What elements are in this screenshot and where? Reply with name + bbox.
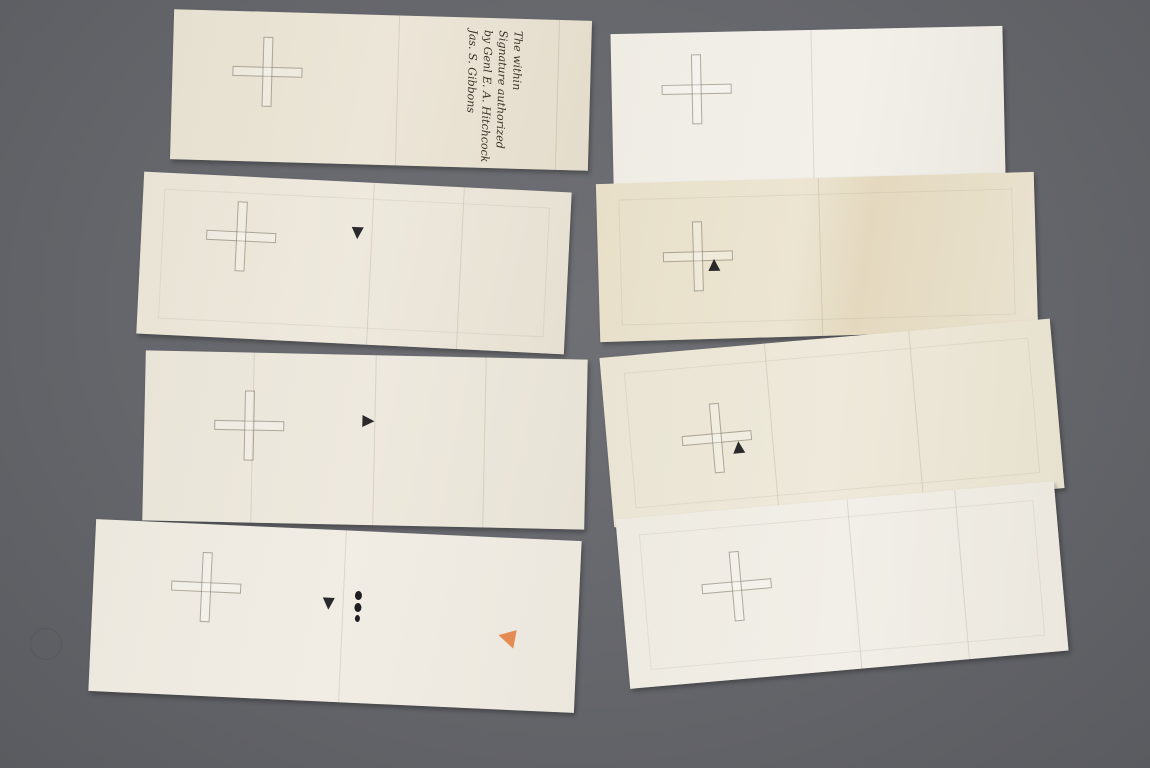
cancellation-cross-icon	[231, 36, 303, 108]
punch-hole-icon	[362, 415, 374, 427]
punch-hole-icon	[732, 441, 745, 454]
document-5	[142, 350, 587, 529]
cancellation-cross-icon	[214, 390, 285, 461]
ink-dot	[355, 615, 360, 622]
punch-hole-icon	[351, 227, 364, 240]
document-1: The within Signature authorized by Genl …	[170, 9, 592, 171]
document-border	[639, 500, 1045, 670]
fold-line	[338, 530, 347, 702]
document-7	[88, 519, 581, 713]
document-3	[136, 172, 571, 355]
ink-dot	[354, 603, 361, 612]
punch-hole-icon	[322, 597, 335, 610]
surface-circle-mark	[30, 628, 62, 660]
fold-line	[372, 355, 377, 525]
document-2	[610, 26, 1005, 184]
cancellation-cross-icon	[204, 200, 277, 273]
cancellation-cross-icon	[699, 548, 775, 624]
cancellation-cross-icon	[661, 54, 732, 125]
cancellation-cross-icon	[170, 551, 243, 624]
fold-line	[395, 15, 400, 165]
fold-line	[555, 20, 560, 170]
fold-line	[810, 30, 814, 180]
cancellation-cross-icon	[679, 400, 755, 476]
document-4	[596, 172, 1038, 342]
punch-hole-icon	[708, 259, 720, 271]
orange-stamp-mark	[498, 623, 524, 648]
fold-line	[482, 358, 487, 528]
handwritten-endorsement: The within Signature authorized by Genl …	[462, 29, 526, 163]
ink-dot	[355, 591, 362, 600]
cancellation-cross-icon	[662, 220, 734, 292]
